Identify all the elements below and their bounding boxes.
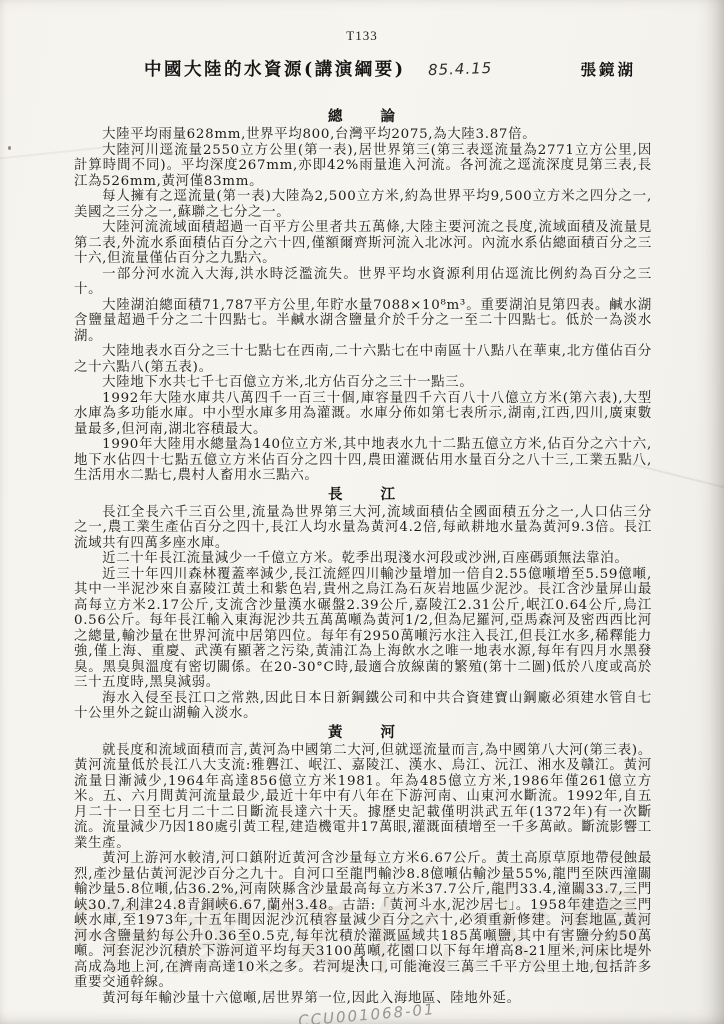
paragraph: 1990年大陸用水總量為140位立方米,其中地表水九十二點五億立方米,佔百分之六… <box>74 437 652 484</box>
paragraph: 就長度和流域面積而言,黃河為中國第二大河,但就逕流量而言,為中國第八大河(第三表… <box>74 743 652 852</box>
page-title: 中國大陸的水資源(講演綱要) <box>144 56 406 81</box>
paragraph: 1992年大陸水庫共八萬四千一百三十個,庫容量四千六百八十八億立方米(第六表),… <box>74 391 652 438</box>
paragraph: 大陸地表水百分之三十七點七在西南,二十六點七在中南區十八點八在華東,北方僅佔百分… <box>74 344 652 375</box>
document-body: 總 論大陸平均雨量628mm,世界平均800,台灣平均2075,為大陸3.87倍… <box>74 106 652 1006</box>
paragraph: 一部分河水流入大海,洪水時泛濫流失。世界平均水資源利用佔逕流比例約為百分之三十。 <box>74 267 652 298</box>
author-name: 張鏡湖 <box>580 58 636 80</box>
paragraph: 大陸河川逕流量2550立方公里(第一表),居世界第三(第三表逕流量為2771立方… <box>74 143 652 190</box>
paragraph: 大陸湖泊總面積71,787平方公里,年貯水量7088×10⁸m³。重要湖泊見第四… <box>74 298 652 345</box>
section-heading: 黃 河 <box>74 724 652 742</box>
paragraph: 近二十年長江流量減少一千億立方米。乾季出現淺水河段或沙洲,百座碼頭無法靠泊。 <box>74 551 652 567</box>
handwritten-date: 85.4.15 <box>428 59 493 79</box>
section-heading: 長 江 <box>74 486 652 504</box>
document-page: T133 中國大陸的水資源(講演綱要) 85.4.15 張鏡湖 中國文化大學 總… <box>0 0 724 1024</box>
paragraph: 大陸平均雨量628mm,世界平均800,台灣平均2075,為大陸3.87倍。 <box>74 127 652 143</box>
paragraph: 大陸河流流域面積超過一百平方公里者共五萬條,大陸主要河流之長度,流域面積及流量見… <box>74 220 652 267</box>
paragraph: 長江全長六千三百公里,流量為世界第三大河,流域面積佔全國面積五分之一,人口佔三分… <box>74 505 652 552</box>
paragraph: 黃河上游河水較清,河口鎮附近黃河含沙量每立方米6.67公斤。黃土高原草原地帶侵蝕… <box>74 851 652 991</box>
paragraph: 大陸地下水共七千七百億立方米,北方佔百分之三十一點三。 <box>74 375 652 391</box>
paragraph: 近三十年四川森林覆蓋率減少,長江流經四川輸沙量增加一倍自2.55億噸增至5.59… <box>74 567 652 691</box>
scan-speck <box>8 146 11 150</box>
section-heading: 總 論 <box>74 108 652 126</box>
doc-code: T133 <box>0 28 724 44</box>
paragraph: 海水入侵至長江口之常熟,因此日本日新鋼鐵公司和中共合資建寶山鋼廠必須建水管自七十… <box>74 691 652 722</box>
paragraph: 每人擁有之逕流量(第一表)大陸為2,500立方米,約為世界平均9,500立方米之… <box>74 189 652 220</box>
paragraph: 黃河每年輸沙量十六億噸,居世界第一位,因此入海地區、陸地外延。 <box>74 991 652 1007</box>
page-number: 1 <box>0 953 724 968</box>
